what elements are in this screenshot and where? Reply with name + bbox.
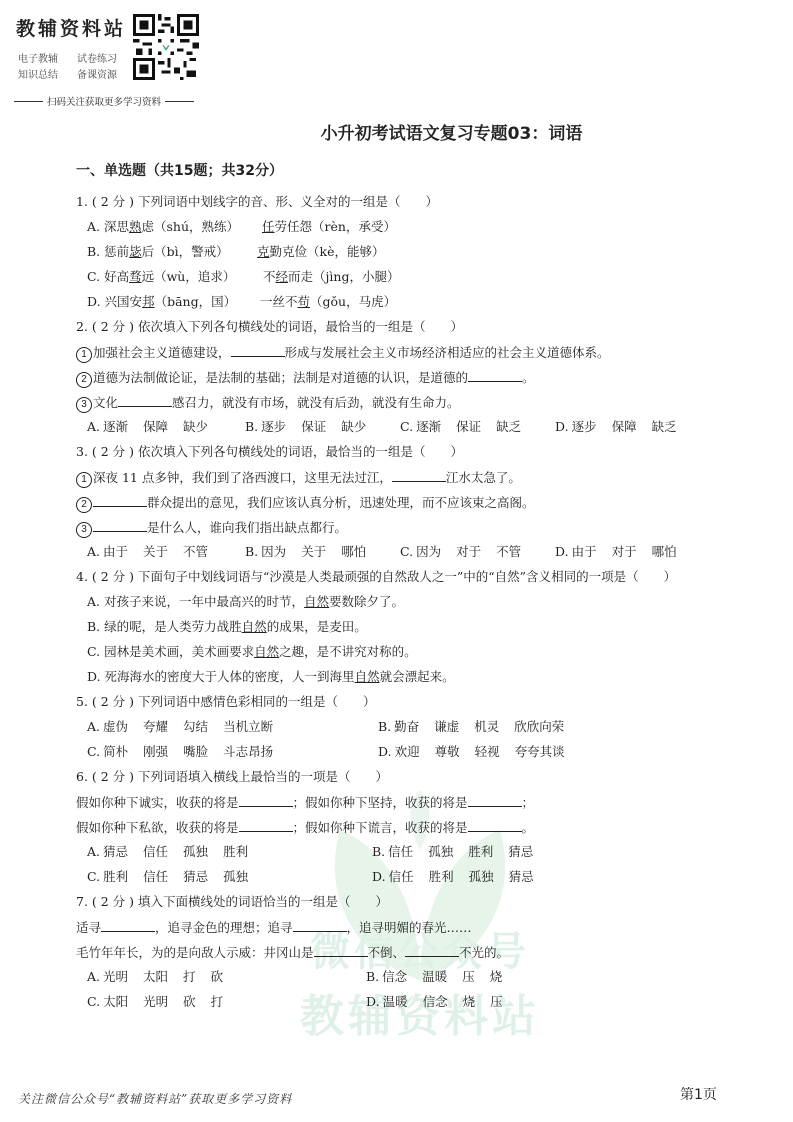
- scan-prompt: 扫码关注获取更多学习资料: [14, 94, 194, 108]
- q1-option-a-right: 任劳任怨（rèn，承受）: [262, 219, 396, 235]
- q3-option-a[interactable]: A.由于关于不管: [87, 544, 223, 560]
- brand-tag: 知识总结: [18, 66, 58, 81]
- blank[interactable]: [118, 394, 172, 407]
- q2-sentence-3: 3文化感召力，就没有市场，就没有后劲，就没有生命力。: [76, 394, 460, 413]
- q4-option-d[interactable]: D. 死海海水的密度大于人体的密度，人一到海里自然就会漂起来。: [87, 669, 455, 685]
- blank[interactable]: [468, 794, 522, 807]
- brand-tag: 试卷练习: [77, 50, 117, 65]
- q4-option-a[interactable]: A. 对孩子来说，一年中最高兴的时节，自然要数除夕了。: [87, 594, 404, 610]
- blank[interactable]: [93, 494, 147, 507]
- q7-option-d[interactable]: D.温暖信念烧压: [366, 994, 518, 1010]
- blank[interactable]: [314, 944, 368, 957]
- question-1-stem: 1. ( 2 分 ) 下列词语中划线字的音、形、义全对的一组是（ ）: [76, 194, 438, 210]
- qr-code-icon[interactable]: [133, 14, 199, 80]
- q3-option-d[interactable]: D.由于对于哪怕: [555, 544, 692, 560]
- question-5-stem: 5. ( 2 分 ) 下列词语中感情色彩相同的一组是（ ）: [76, 694, 376, 710]
- document-title: 小升初考试语文复习专题03：词语: [0, 119, 793, 144]
- blank[interactable]: [392, 469, 446, 482]
- q3-sentence-2: 2群众提出的意见，我们应该认真分析，迅速处理，而不应该束之高阁。: [76, 494, 535, 513]
- page-number: 第1页: [680, 1084, 717, 1104]
- q3-option-c[interactable]: C.因为对于不管: [400, 544, 536, 560]
- blank[interactable]: [293, 919, 347, 932]
- blank[interactable]: [101, 919, 155, 932]
- footer-promo: 关注微信公众号“教辅资料站”获取更多学习资料: [18, 1090, 292, 1107]
- q6-line-1: 假如你种下诚实，收获的将是；假如你种下坚持，收获的将是；: [76, 794, 534, 811]
- section-heading: 一、单选题（共15题；共32分）: [76, 160, 283, 180]
- q1-option-c-right: 不经而走（jìng，小腿）: [263, 269, 399, 285]
- q2-option-b[interactable]: B.逐步保证缺少: [245, 419, 381, 435]
- q6-option-b[interactable]: B.信任孤独胜利猜忌: [372, 844, 548, 860]
- q3-sentence-1: 1深夜 11 点多钟，我们到了洛西渡口，这里无法过江，江水太急了。: [76, 469, 521, 488]
- q6-option-a[interactable]: A.猜忌信任孤独胜利: [87, 844, 263, 860]
- q7-option-a[interactable]: A.光明太阳打砍: [87, 969, 238, 985]
- q3-sentence-3: 3是什么人，谁向我们指出缺点都行。: [76, 519, 347, 538]
- q1-option-a[interactable]: A. 深思熟虑（shú，熟练）: [87, 219, 239, 235]
- q7-line-1: 适寻，追寻金色的理想；追寻，追寻明媚的春光……: [76, 919, 472, 936]
- brand-title: 教辅资料站: [16, 14, 126, 41]
- question-2-stem: 2. ( 2 分 ) 依次填入下列各句横线处的词语，最恰当的一组是（ ）: [76, 319, 463, 335]
- q7-option-b[interactable]: B.信念温暖压烧: [366, 969, 517, 985]
- q1-option-b[interactable]: B. 惩前毖后（bì，警戒）: [87, 244, 229, 260]
- option-label: C.: [87, 269, 100, 284]
- q1-option-c[interactable]: C. 好高骛远（wù，追求）: [87, 269, 235, 285]
- question-6-stem: 6. ( 2 分 ) 下列词语填入横线上最恰当的一项是（ ）: [76, 769, 388, 785]
- q4-option-b[interactable]: B. 绿的呢，是人类劳力战胜自然的成果，是麦田。: [87, 619, 367, 635]
- q6-option-c[interactable]: C.胜利信任猜忌孤独: [87, 869, 263, 885]
- blank[interactable]: [239, 794, 293, 807]
- blank[interactable]: [468, 369, 522, 382]
- q3-option-b[interactable]: B.因为关于哪怕: [245, 544, 381, 560]
- q6-option-d[interactable]: D.信任胜利孤独猜忌: [372, 869, 549, 885]
- blank[interactable]: [405, 944, 459, 957]
- q7-option-c[interactable]: C.太阳光明砍打: [87, 994, 238, 1010]
- blank[interactable]: [468, 819, 522, 832]
- brand-tag: 电子教辅: [18, 50, 58, 65]
- q1-option-d-right: 一丝不苟（gǒu，马虎）: [260, 294, 396, 310]
- q2-option-d[interactable]: D.逐步保障缺乏: [555, 419, 692, 435]
- question-4-stem: 4. ( 2 分 ) 下面句子中划线词语与“沙漠是人类最顽强的自然敌人之一”中的…: [76, 569, 676, 585]
- q6-line-2: 假如你种下私欲，收获的将是；假如你种下谎言，收获的将是。: [76, 819, 534, 836]
- option-label: B.: [87, 244, 100, 259]
- blank[interactable]: [93, 519, 147, 532]
- q2-option-a[interactable]: A.逐渐保障缺少: [87, 419, 223, 435]
- q5-option-a[interactable]: A.虚伪夸耀勾结当机立断: [87, 719, 288, 735]
- q5-option-b[interactable]: B.勤奋谦虚机灵欣欣向荣: [378, 719, 579, 735]
- q2-option-c[interactable]: C.逐渐保证缺乏: [400, 419, 536, 435]
- option-label: D.: [87, 294, 101, 309]
- option-label: A.: [87, 219, 100, 234]
- question-3-stem: 3. ( 2 分 ) 依次填入下列各句横线处的词语，最恰当的一组是（ ）: [76, 444, 463, 460]
- brand-tag: 备课资源: [77, 66, 117, 81]
- watermark-line2: 教辅资料站: [300, 980, 540, 1044]
- q5-option-d[interactable]: D.欢迎尊敬轻视夸夸其谈: [378, 744, 580, 760]
- q1-option-b-right: 克勤克俭（kè，能够）: [257, 244, 385, 260]
- blank[interactable]: [239, 819, 293, 832]
- q2-sentence-2: 2道德为法制做论证，是法制的基础；法制是对道德的认识，是道德的。: [76, 369, 535, 388]
- q5-option-c[interactable]: C.简朴刚强嘴脸斗志昂扬: [87, 744, 288, 760]
- scan-text: 扫码关注获取更多学习资料: [47, 94, 161, 108]
- q1-option-d[interactable]: D. 兴国安邦（bāng，国）: [87, 294, 236, 310]
- question-7-stem: 7. ( 2 分 ) 填入下面横线处的词语恰当的一组是（ ）: [76, 894, 388, 910]
- q2-sentence-1: 1加强社会主义道德建设，形成与发展社会主义市场经济相适应的社会主义道德体系。: [76, 344, 610, 363]
- blank[interactable]: [231, 344, 285, 357]
- q4-option-c[interactable]: C. 园林是美术画，美术画要求自然之趣，是不讲究对称的。: [87, 644, 417, 660]
- q7-line-2: 毛竹年年长，为的是向敌人示威：井冈山是不倒、不光的。: [76, 944, 509, 961]
